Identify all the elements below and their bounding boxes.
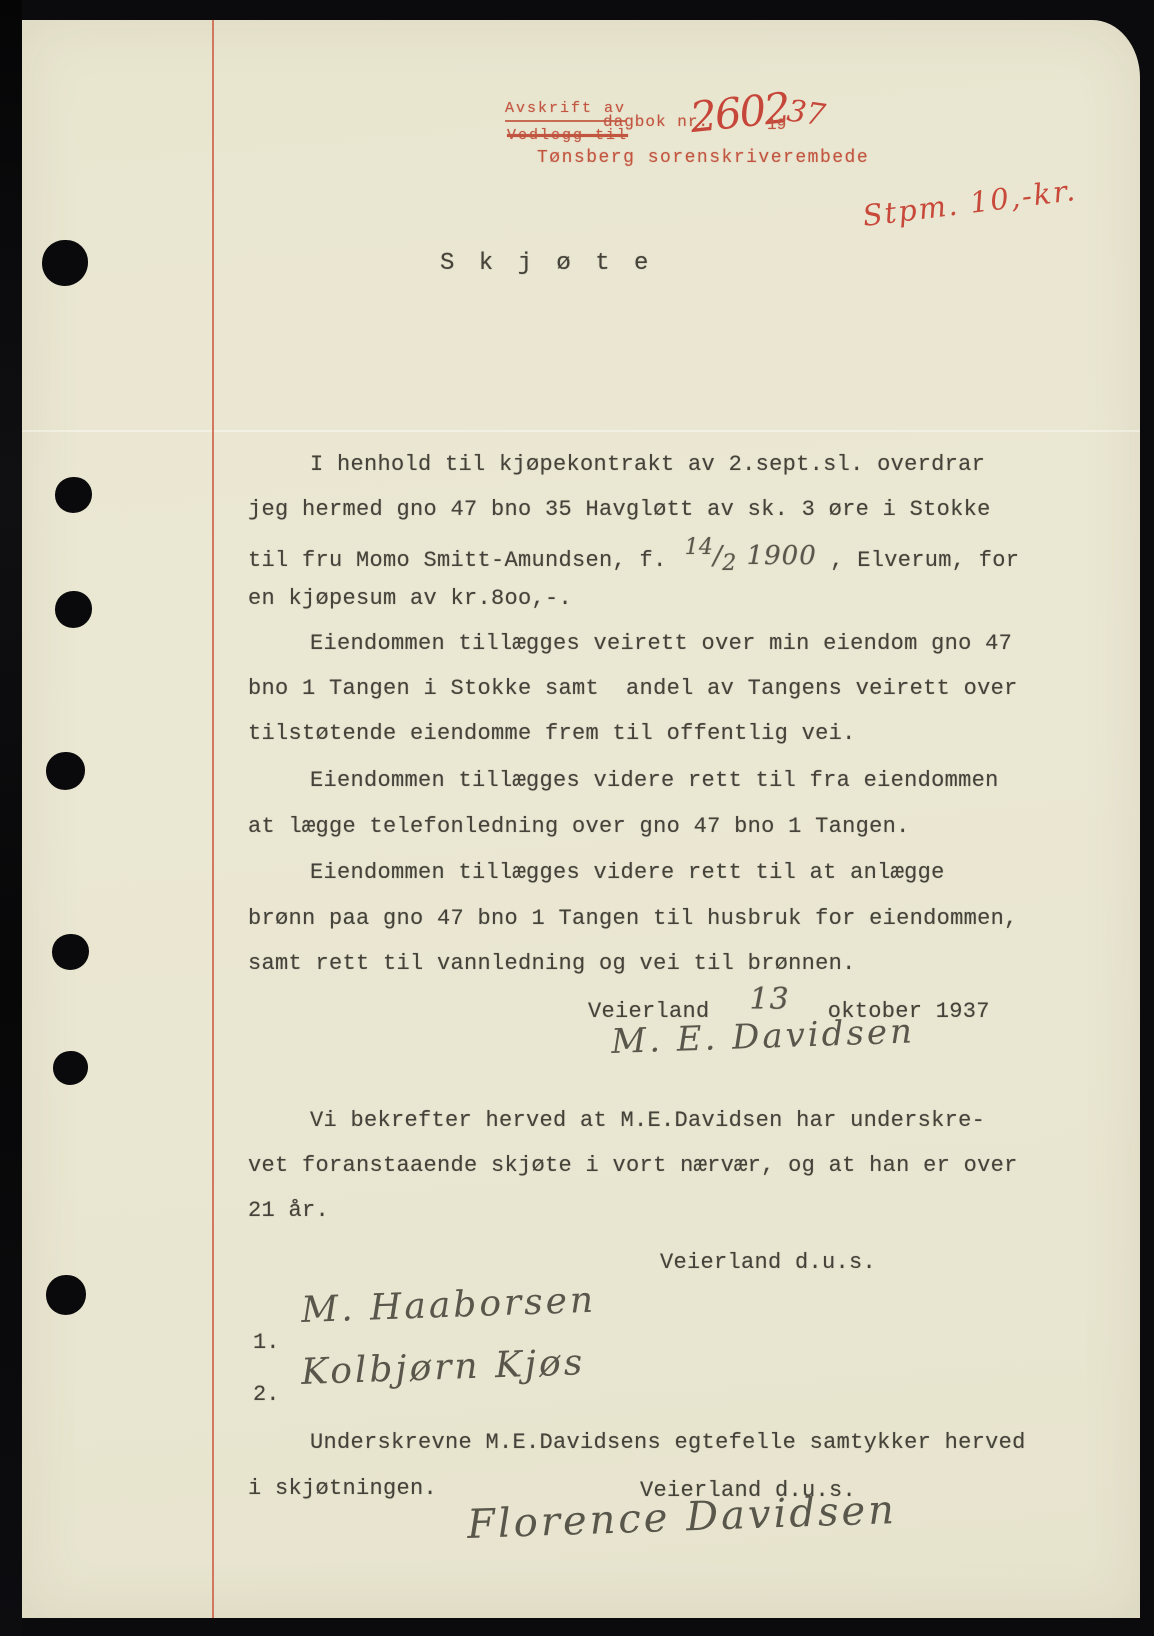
body-line: at lægge telefonledning over gno 47 bno … bbox=[248, 814, 910, 840]
body-line-text: til fru Momo Smitt-Amundsen, f. bbox=[248, 548, 667, 573]
punch-hole bbox=[46, 1275, 86, 1315]
confirmation-place: Veierland d.u.s. bbox=[660, 1250, 876, 1276]
birthdate-month: 2 bbox=[722, 551, 736, 576]
birthdate-day: 14 bbox=[685, 535, 714, 560]
birthdate-handwritten: 14/21900 bbox=[685, 543, 817, 571]
stamp-year-prefix: 19 bbox=[767, 116, 786, 134]
body-line: Eiendommen tillægges videre rett til at … bbox=[248, 860, 945, 886]
confirmation-line: vet foranstaaende skjøte i vort nærvær, … bbox=[248, 1153, 1018, 1179]
witness-number: 2. bbox=[253, 1382, 279, 1407]
red-margin-line bbox=[212, 20, 214, 1618]
body-line: brønn paa gno 47 bno 1 Tangen til husbru… bbox=[248, 906, 1018, 932]
punch-hole bbox=[46, 752, 85, 790]
punch-hole bbox=[55, 477, 92, 513]
spouse-consent-line: Underskrevne M.E.Davidsens egtefelle sam… bbox=[248, 1430, 1026, 1456]
witness-number: 1. bbox=[253, 1330, 279, 1355]
body-line: bno 1 Tangen i Stokke samt andel av Tang… bbox=[248, 676, 1018, 702]
birthdate-slash: / bbox=[713, 541, 722, 571]
paper-crease bbox=[22, 430, 1140, 432]
body-line: jeg hermed gno 47 bno 35 Havgløtt av sk.… bbox=[248, 497, 991, 523]
stamp-office-name: Tønsberg sorenskriverembede bbox=[537, 148, 869, 168]
scanned-document-page: Avskrift av Vedlegg til dagbok nr. 2602 … bbox=[0, 0, 1154, 1636]
body-line: samt rett til vannledning og vei til brø… bbox=[248, 951, 856, 977]
document-title: S k j ø t e bbox=[440, 250, 653, 277]
body-line: tilstøtende eiendomme frem til offentlig… bbox=[248, 721, 856, 747]
body-line-text: , Elverum, for bbox=[817, 548, 1020, 573]
office-stamp: Avskrift av Vedlegg til dagbok nr. 2602 … bbox=[505, 100, 835, 180]
year-handwritten: 37 bbox=[785, 94, 828, 134]
body-line: I henhold til kjøpekontrakt av 2.sept.sl… bbox=[248, 452, 985, 478]
body-line: en kjøpesum av kr.8oo,-. bbox=[248, 586, 572, 612]
confirmation-line: Vi bekrefter herved at M.E.Davidsen har … bbox=[248, 1108, 985, 1134]
birthdate-year: 1900 bbox=[747, 541, 817, 571]
body-line: Eiendommen tillægges veirett over min ei… bbox=[248, 631, 1012, 657]
confirmation-line: 21 år. bbox=[248, 1198, 329, 1224]
punch-hole bbox=[53, 1051, 88, 1085]
body-line: Eiendommen tillægges videre rett til fra… bbox=[248, 768, 999, 794]
spouse-consent-line: i skjøtningen. bbox=[248, 1476, 437, 1502]
punch-hole bbox=[42, 240, 88, 286]
punch-hole bbox=[52, 934, 89, 970]
punch-hole bbox=[55, 591, 92, 628]
day-handwritten: 13 bbox=[750, 982, 790, 1017]
body-line-with-handwritten-date: til fru Momo Smitt-Amundsen, f.14/21900 … bbox=[248, 545, 1019, 574]
